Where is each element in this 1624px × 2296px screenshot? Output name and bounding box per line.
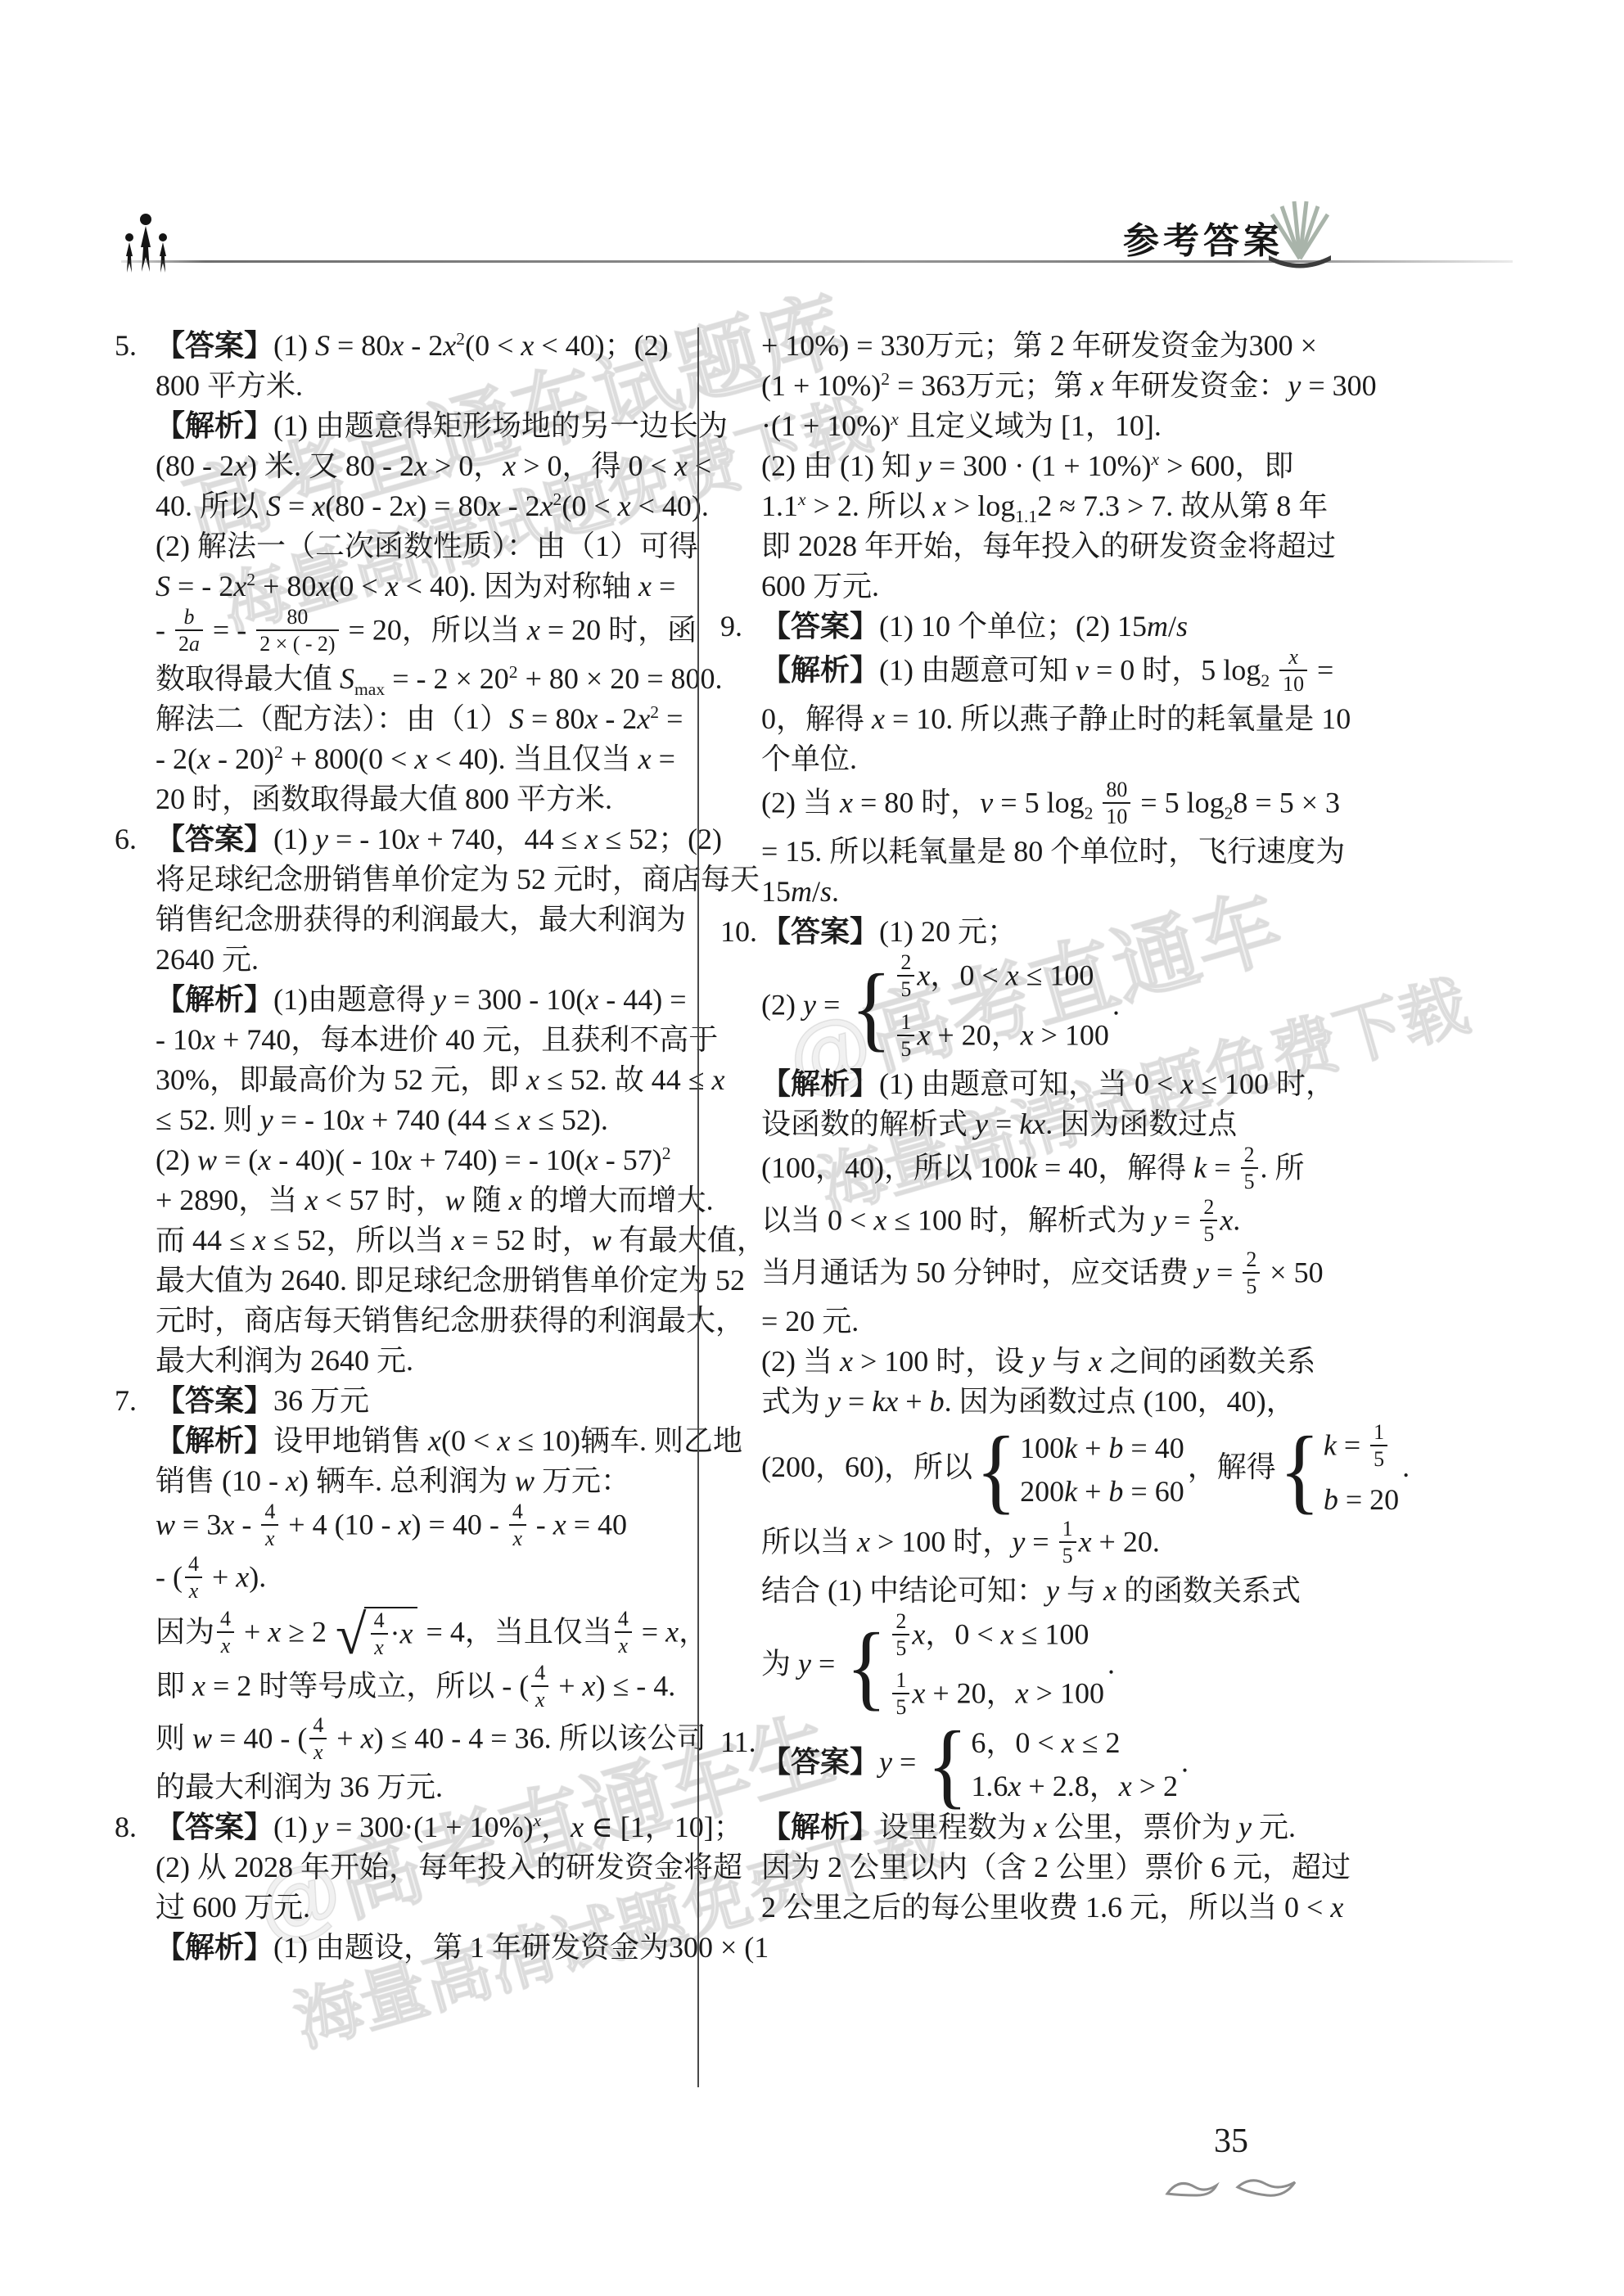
item-number: 5. [115,326,152,366]
text-line: (200，60)，所以{100k + b = 40200k + b = 60，解… [761,1422,1342,1518]
text-line: 【解析】(1)由题意得 y = 300 - 10(x - 44) = [156,980,699,1020]
text-line: 800 平方米. [156,366,699,406]
text-line: 式为 y = kx + b. 因为函数过点 (100，40)， [761,1382,1342,1422]
text-line: (2) 从 2028 年开始，每年投入的研发资金将超 [156,1847,699,1888]
text-line: - (4x + x). [156,1554,699,1606]
text-line: 个单位. [761,739,1342,779]
text-line: 为 y = {25x，0 < x ≤ 10015x + 20，x > 100. [761,1611,1342,1722]
column-divider [697,327,699,2087]
text-line: 【答案】(1) S = 80x - 2x2(0 < x < 40)；(2) [156,326,699,366]
text-line: (2) w = (x - 40)( - 10x + 740) = - 10(x … [156,1140,699,1180]
text-line: 2 公里之后的每公里收费 1.6 元，所以当 0 < x [761,1888,1342,1928]
text-line: (1 + 10%)2 = 363万元；第 x 年研发资金：y = 300 [761,366,1342,406]
item-number: 6. [115,819,152,859]
text-line: 将足球纪念册销售单价定为 52 元时，商店每天 [156,859,699,900]
text-line: 15m/s. [761,872,1342,912]
text-line: (2) 当 x = 80 时，v = 5 log2 8010 = 5 log28… [761,779,1342,832]
text-line: w = 3x - 4x + 4 (10 - x) = 40 - 4x - x =… [156,1501,699,1554]
text-line: - 10x + 740，每本进价 40 元，且获利不高于 [156,1020,699,1060]
text-line: S = - 2x2 + 80x(0 < x < 40). 因为对称轴 x = [156,566,699,607]
text-line: 【答案】36 万元 [156,1381,699,1421]
text-line: 最大值为 2640. 即足球纪念册销售单价定为 52 [156,1261,699,1301]
text-line: 【答案】(1) 20 元； [761,912,1342,952]
text-line: (100，40)，所以 100k = 40，解得 k = 25. 所 [761,1144,1342,1197]
text-line: (2) 由 (1) 知 y = 300 · (1 + 10%)x > 600，即 [761,446,1342,486]
text-line: 2640 元. [156,940,699,980]
text-line: ≤ 52. 则 y = - 10x + 740 (44 ≤ x ≤ 52). [156,1100,699,1140]
text-line: 30%，即最高价为 52 元，即 x ≤ 52. 故 44 ≤ x [156,1060,699,1100]
text-line: 【答案】(1) y = - 10x + 740，44 ≤ x ≤ 52；(2) [156,819,699,859]
item-number: 7. [115,1381,152,1421]
text-line: (80 - 2x) 米. 又 80 - 2x > 0，x > 0，得 0 < x… [156,446,699,486]
text-line: 【解析】(1) 由题意可知，当 0 < x ≤ 100 时， [761,1064,1342,1104]
answer-item: 8.【答案】(1) y = 300·(1 + 10%)x，x ∈ [1，10]；… [115,1807,699,1968]
text-line: 【答案】(1) y = 300·(1 + 10%)x，x ∈ [1，10]； [156,1807,699,1847]
answer-item: 6.【答案】(1) y = - 10x + 740，44 ≤ x ≤ 52；(2… [115,819,699,1381]
text-line: 【解析】(1) 由题设，第 1 年研发资金为300 × (1 [156,1928,699,1968]
text-line: 40. 所以 S = x(80 - 2x) = 80x - 2x2(0 < x … [156,486,699,526]
left-column: 5.【答案】(1) S = 80x - 2x2(0 < x < 40)；(2)8… [115,326,699,1968]
text-line: (2) 当 x > 100 时，设 y 与 x 之间的函数关系 [761,1342,1342,1382]
text-line: + 10%) = 330万元；第 2 年研发资金为300 × [761,326,1342,366]
text-line: 过 600 万元. [156,1888,699,1928]
text-line: + 2890，当 x < 57 时，w 随 x 的增大而增大. [156,1180,699,1220]
text-line: 20 时，函数取得最大值 800 平方米. [156,779,699,819]
text-line: (2) y = {25x，0 < x ≤ 10015x + 20，x > 100… [761,952,1342,1063]
text-line: 即 2028 年开始，每年投入的研发资金将超过 [761,526,1342,566]
item-number: 8. [115,1807,152,1847]
text-line: 则 w = 40 - (4x + x) ≤ 40 - 4 = 36. 所以该公司 [156,1715,699,1767]
page: 高考直通车试题库 海量高清试题免费下载 @高考直通车 海量高清试题免费下载 @高… [0,0,1624,2296]
text-line: 所以当 x > 100 时，y = 15x + 20. [761,1518,1342,1571]
text-line: ·(1 + 10%)x 且定义域为 [1，10]. [761,406,1342,446]
text-line: 【解析】设甲地销售 x(0 < x ≤ 10)辆车. 则乙地 [156,1421,699,1461]
text-line: 最大利润为 2640 元. [156,1341,699,1381]
book-icon [1254,198,1346,281]
text-line: (2) 解法一（二次函数性质）：由（1）可得 [156,526,699,566]
item-number: 11. [720,1722,758,1762]
text-line: 1.1x > 2. 所以 x > log1.12 ≈ 7.3 > 7. 故从第 … [761,486,1342,526]
text-line: 【答案】y = {6，0 < x ≤ 21.6x + 2.8，x > 2. [761,1722,1342,1807]
text-line: 当月通话为 50 分钟时，应交话费 y = 25 × 50 [761,1249,1342,1301]
answer-item: 11.【答案】y = {6，0 < x ≤ 21.6x + 2.8，x > 2.… [720,1722,1342,1928]
answer-item: 5.【答案】(1) S = 80x - 2x2(0 < x < 40)；(2)8… [115,326,699,819]
item-number: 10. [720,912,758,952]
text-line: = 15. 所以耗氧量是 80 个单位时，飞行速度为 [761,832,1342,872]
text-line: 以当 0 < x ≤ 100 时，解析式为 y = 25x. [761,1197,1342,1249]
text-line: = 20 元. [761,1301,1342,1342]
right-column: + 10%) = 330万元；第 2 年研发资金为300 ×(1 + 10%)2… [720,326,1342,1928]
text-line: - b2a = - 802 × ( - 2) = 20，所以当 x = 20 时… [156,607,699,659]
text-line: 解法二（配方法）：由（1）S = 80x - 2x2 = [156,699,699,739]
text-line: 0，解得 x = 10. 所以燕子静止时的耗氧量是 10 [761,699,1342,739]
text-line: 【解析】(1) 由题意得矩形场地的另一边长为 [156,406,699,446]
answer-item: 9.【答案】(1) 10 个单位；(2) 15m/s【解析】(1) 由题意可知 … [720,607,1342,912]
text-line: 因为4x + x ≥ 2 √4x·x = 4，当且仅当4x = x， [156,1607,699,1662]
item-number: 9. [720,607,758,647]
text-line: 结合 (1) 中结论可知：y 与 x 的函数关系式 [761,1571,1342,1611]
answer-item: + 10%) = 330万元；第 2 年研发资金为300 ×(1 + 10%)2… [720,326,1342,607]
text-line: 【答案】(1) 10 个单位；(2) 15m/s [761,607,1342,647]
swirl-decoration-icon [1162,2171,1301,2213]
text-line: 而 44 ≤ x ≤ 52，所以当 x = 52 时，w 有最大值， [156,1220,699,1261]
text-line: 600 万元. [761,566,1342,607]
text-line: - 2(x - 20)2 + 800(0 < x < 40). 当且仅当 x = [156,739,699,779]
text-line: 【解析】(1) 由题意可知 v = 0 时，5 log2 x10 = [761,647,1342,699]
text-line: 因为 2 公里以内（含 2 公里）票价 6 元，超过 [761,1847,1342,1888]
text-line: 数取得最大值 Smax = - 2 × 202 + 80 × 20 = 800. [156,659,699,699]
answer-item: 10.【答案】(1) 20 元；(2) y = {25x，0 < x ≤ 100… [720,912,1342,1722]
text-line: 元时，商店每天销售纪念册获得的利润最大， [156,1301,699,1341]
answer-item: 7.【答案】36 万元【解析】设甲地销售 x(0 < x ≤ 10)辆车. 则乙… [115,1381,699,1807]
text-line: 销售纪念册获得的利润最大，最大利润为 [156,900,699,940]
text-line: 的最大利润为 36 万元. [156,1767,699,1807]
text-line: 设函数的解析式 y = kx. 因为函数过点 [761,1104,1342,1144]
text-line: 即 x = 2 时等号成立，所以 - (4x + x) ≤ - 4. [156,1662,699,1715]
text-line: 【解析】设里程数为 x 公里，票价为 y 元. [761,1807,1342,1847]
page-number: 35 [1214,2122,1248,2161]
family-logo-icon [117,211,174,284]
text-line: 销售 (10 - x) 辆车. 总利润为 w 万元： [156,1461,699,1501]
